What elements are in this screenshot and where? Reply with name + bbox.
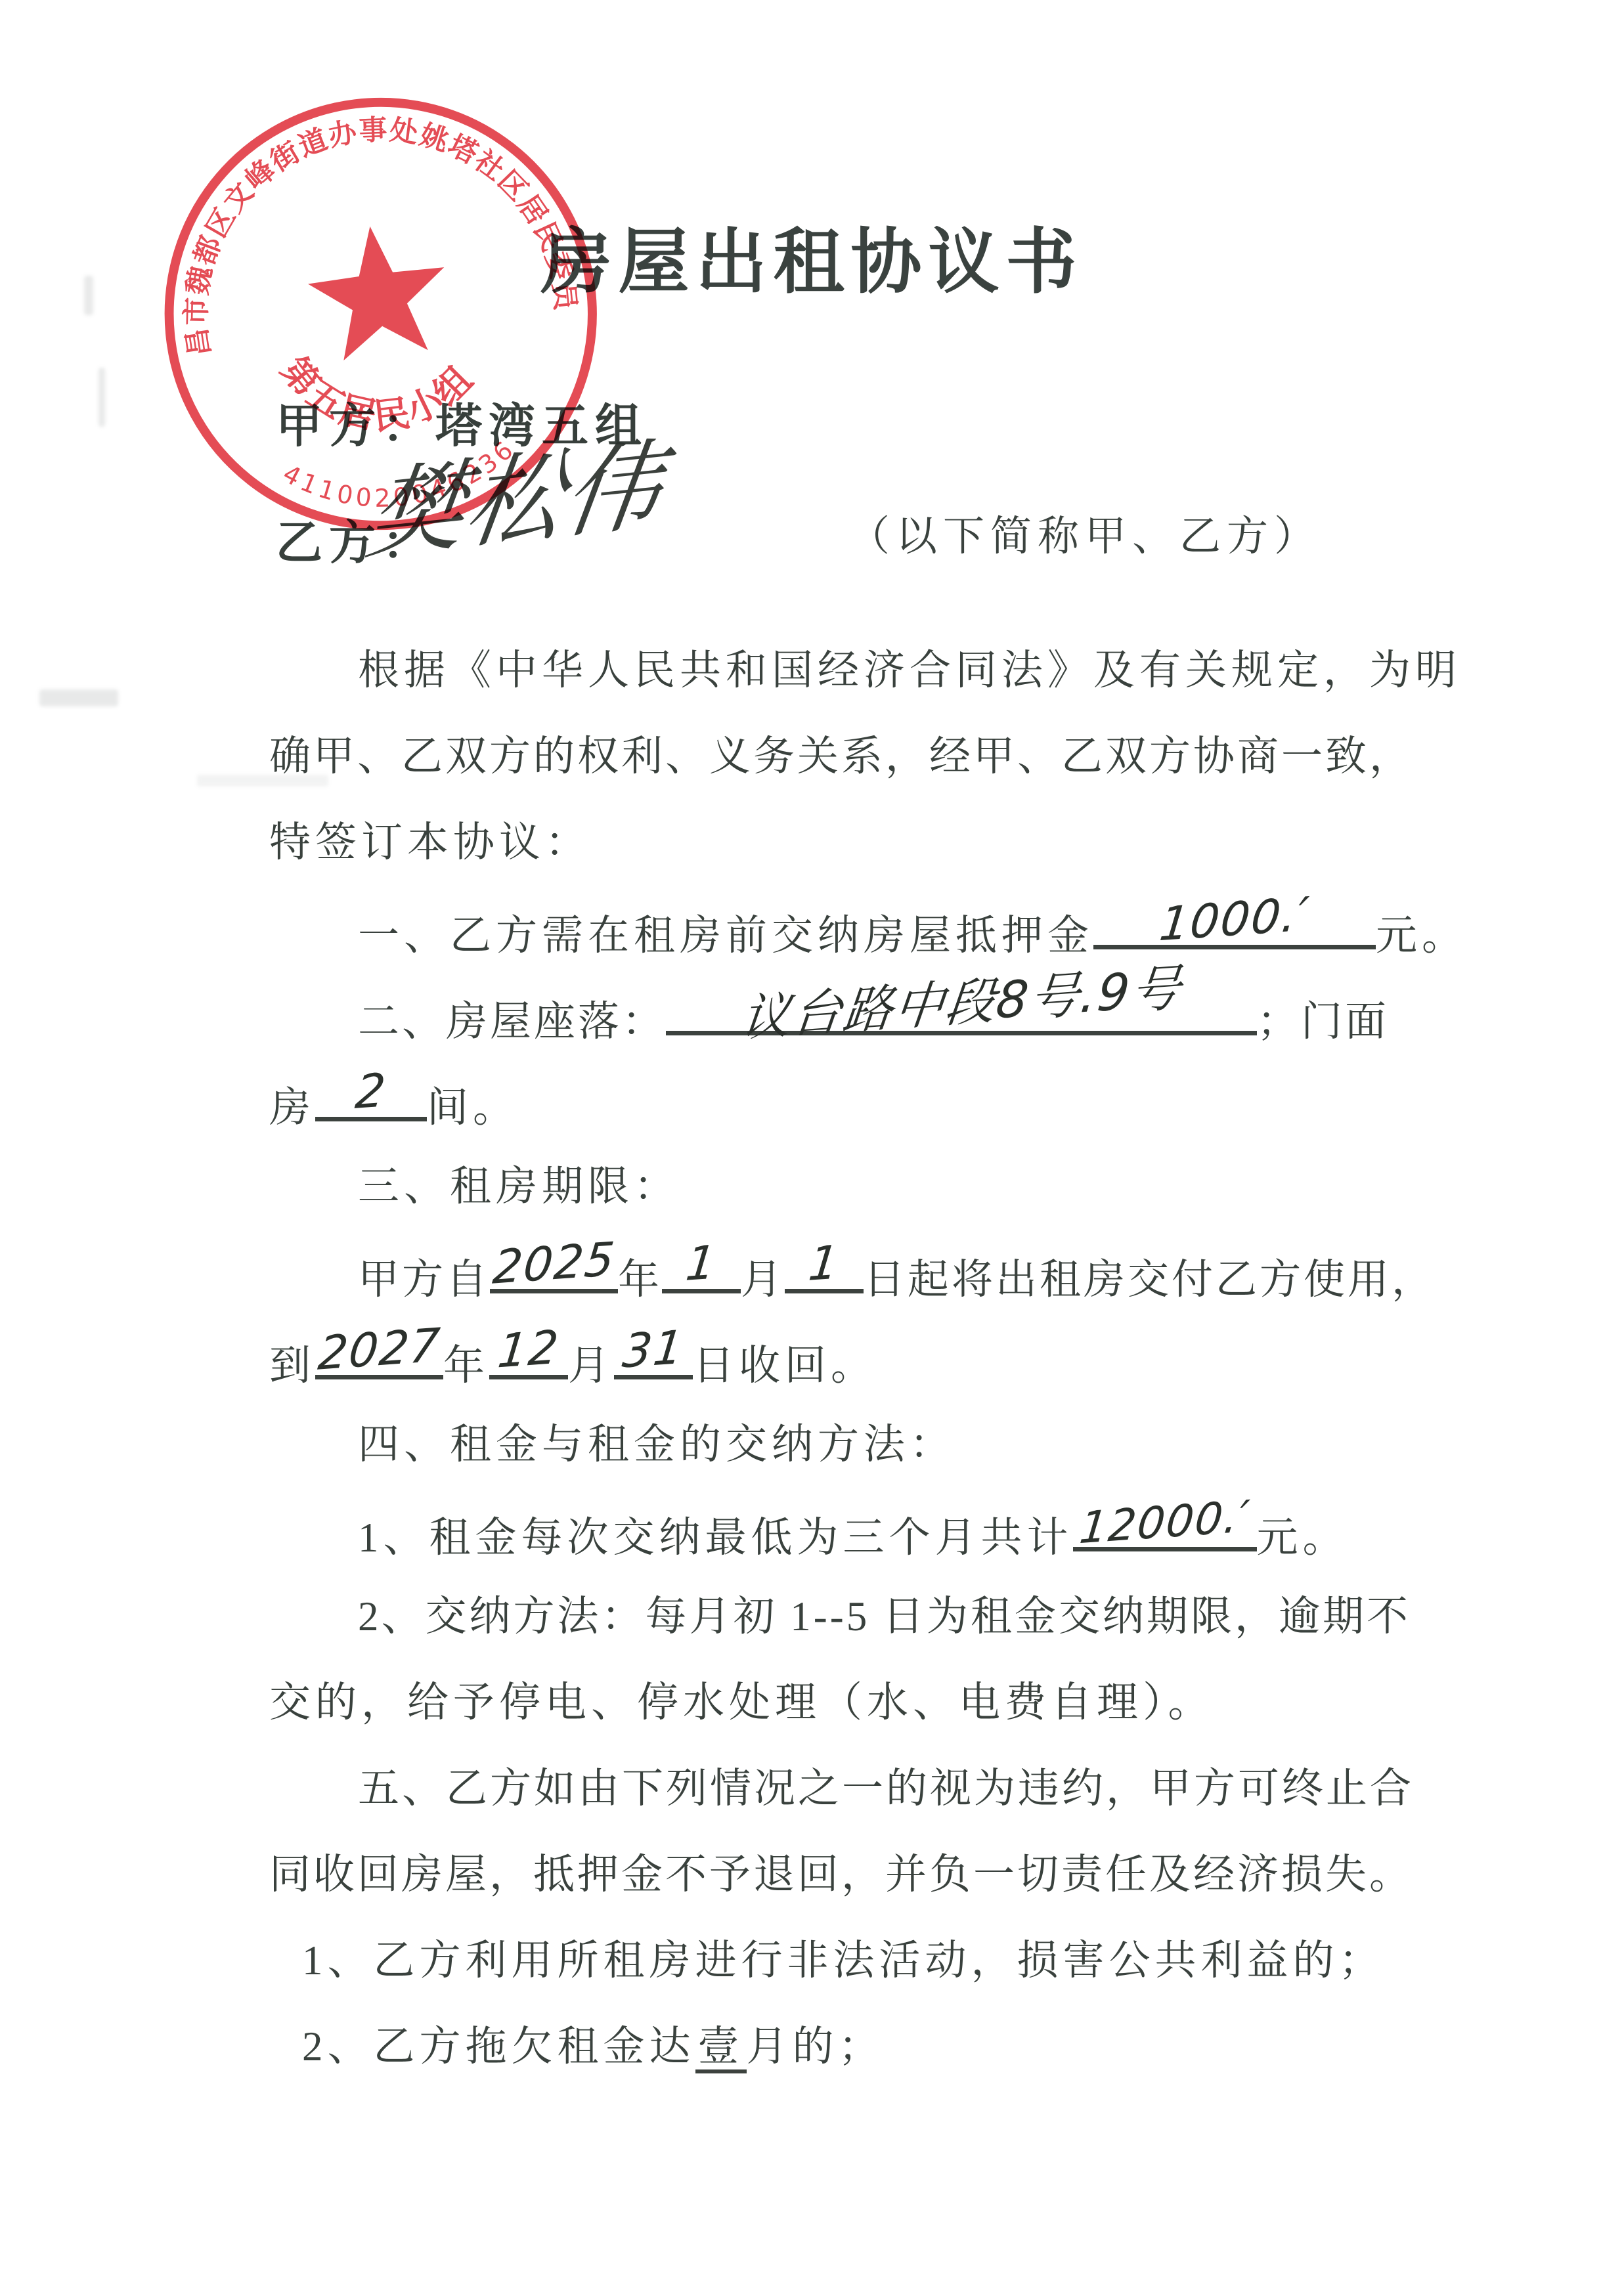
scan-artifact — [99, 368, 105, 427]
lease-end-suffix: 日收回。 — [693, 1343, 877, 1389]
lease-start-prefix: 甲方自 — [358, 1257, 490, 1303]
clause-5-line-2: 同收回房屋，抵押金不予退回，并负一切责任及经济损失。 — [269, 1832, 1429, 1918]
party-a-label: 甲方： — [276, 401, 435, 452]
year-label: 年 — [618, 1257, 662, 1303]
party-b-signature: 樊松伟 — [362, 435, 670, 565]
scan-artifact — [39, 689, 118, 706]
end-year-blank: 2027 — [315, 1316, 443, 1379]
agreement-body: 根据《中华人民共和国经济合同法》及有关规定，为明 确甲、乙双方的权利、义务关系，… — [269, 628, 1429, 2090]
page-title: 房屋出租协议书 — [0, 205, 1624, 307]
start-month-handwriting: 1 — [684, 1239, 719, 1288]
rent-amount-handwriting: 12000.′ — [1077, 1495, 1252, 1551]
start-day-handwriting: 1 — [806, 1239, 842, 1288]
deposit-amount-handwriting: 1000.′ — [1157, 891, 1311, 948]
arrears-prefix: 2、乙方拖欠租金达 — [302, 2024, 695, 2069]
end-month-handwriting: 12 — [496, 1324, 561, 1374]
clause-1-suffix: 元。 — [1376, 913, 1468, 959]
end-year-handwriting: 2027 — [316, 1322, 443, 1377]
arrears-suffix: 月的； — [747, 2024, 885, 2069]
address-blank: 议台路中段8号.9号 — [666, 972, 1257, 1035]
payment-method-line-2: 交的，给予停电、停水处理（水、电费自理）。 — [269, 1660, 1429, 1746]
rent-amount-line: 1、租金每次交纳最低为三个月共计12000.′元。 — [269, 1488, 1429, 1574]
intro-line-1: 根据《中华人民共和国经济合同法》及有关规定，为明 — [269, 628, 1429, 714]
clause-2-rooms-line: 房2间。 — [269, 1058, 1429, 1144]
clause-5-item-2: 2、乙方拖欠租金达壹月的； — [269, 2004, 1429, 2090]
rent-amount-blank: 12000.′ — [1073, 1488, 1257, 1551]
end-month-label: 月 — [568, 1343, 614, 1389]
clause-5-item-1: 1、乙方利用所租房进行非法活动，损害公共利益的； — [269, 1918, 1429, 2004]
arrears-underlined-char: 壹 — [695, 2024, 747, 2073]
clause-2-text: 二、房屋座落： — [358, 999, 666, 1045]
intro-line-2: 确甲、乙双方的权利、义务关系，经甲、乙双方协商一致， — [269, 714, 1429, 800]
address-handwriting: 议台路中段8号.9号 — [738, 963, 1184, 1044]
start-month-blank: 1 — [662, 1230, 741, 1293]
clause-3-heading: 三、租房期限： — [269, 1144, 1429, 1230]
end-year-label: 年 — [443, 1343, 489, 1389]
end-day-handwriting: 31 — [621, 1324, 686, 1374]
rent-amount-suffix: 元。 — [1257, 1515, 1349, 1561]
rooms-count-blank: 2 — [315, 1058, 427, 1121]
deposit-amount-blank: 1000.′ — [1093, 886, 1376, 949]
start-year-handwriting: 2025 — [491, 1236, 617, 1291]
clause-2-line: 二、房屋座落：议台路中段8号.9号；门面 — [269, 972, 1429, 1058]
start-year-blank: 2025 — [490, 1230, 618, 1293]
month-label: 月 — [741, 1257, 785, 1303]
clause-1-line: 一、乙方需在租房前交纳房屋抵押金1000.′元。 — [269, 886, 1429, 972]
rent-amount-prefix: 1、租金每次交纳最低为三个月共计 — [358, 1515, 1073, 1561]
lease-start-suffix: 日起将出租房交付乙方使用， — [864, 1257, 1436, 1303]
clause-5-line-1: 五、乙方如由下列情况之一的视为违约，甲方可终止合 — [269, 1746, 1429, 1832]
lease-start-line: 甲方自2025年1月1日起将出租房交付乙方使用， — [269, 1230, 1429, 1316]
clause-1-text: 一、乙方需在租房前交纳房屋抵押金 — [358, 913, 1093, 959]
lease-end-prefix: 到 — [269, 1343, 315, 1389]
clause-4-heading: 四、租金与租金的交纳方法： — [269, 1402, 1429, 1488]
rooms-prefix: 房 — [269, 1085, 315, 1131]
scanned-rental-agreement-page: { "document": { "title": "房屋出租协议书", "par… — [0, 0, 1624, 2296]
intro-line-3: 特签订本协议： — [269, 800, 1429, 886]
start-day-blank: 1 — [785, 1230, 864, 1293]
rooms-suffix: 间。 — [427, 1085, 519, 1131]
clause-2-suffix: ；门面 — [1257, 999, 1389, 1045]
end-day-blank: 31 — [614, 1316, 693, 1379]
end-month-blank: 12 — [489, 1316, 568, 1379]
abbrev-note: （以下简称甲、乙方） — [848, 503, 1321, 563]
rooms-count-handwriting: 2 — [353, 1067, 389, 1116]
payment-method-line-1: 2、交纳方法：每月初 1--5 日为租金交纳期限，逾期不 — [269, 1574, 1429, 1660]
lease-end-line: 到2027年12月31日收回。 — [269, 1316, 1429, 1402]
